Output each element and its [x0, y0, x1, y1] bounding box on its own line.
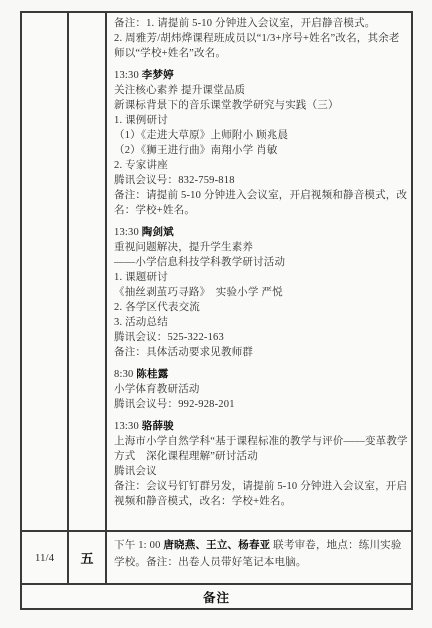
- person-name: 陶剑斌: [142, 227, 174, 238]
- schedule-line: 8:30 陈桂露: [114, 367, 406, 382]
- schedule-text: 名：学校+姓名。: [114, 205, 195, 216]
- schedule-text: 1. 课题研讨: [114, 272, 168, 283]
- schedule-line: 2. 周雅芳/胡炜烨课程班成员以“1/3+序号+姓名”改名，其余老: [114, 31, 406, 46]
- schedule-text: 备注：具体活动要求见教师群: [114, 347, 253, 358]
- schedule-line: 方式 深化课程理解”研讨活动: [114, 449, 406, 464]
- schedule-text: 方式 深化课程理解”研讨活动: [114, 451, 258, 462]
- schedule-line: 腾讯会议：525-322-163: [114, 330, 406, 345]
- schedule-line: 重视问题解决，提升学生素养: [114, 240, 406, 255]
- blank-line: [114, 360, 406, 367]
- schedule-text: ——小学信息科技学科教学研讨活动: [114, 257, 285, 268]
- schedule-text: 重视问题解决，提升学生素养: [114, 242, 253, 253]
- schedule-text: 《抽丝剥茧巧寻路》 实验小学 严悦: [114, 287, 283, 298]
- schedule-text: 下午 1: 00: [114, 540, 163, 551]
- blank-line: [114, 218, 406, 225]
- table-footer-row: 备注: [22, 583, 411, 608]
- schedule-line: 腾讯会议: [114, 464, 406, 479]
- blank-line: [114, 61, 406, 68]
- schedule-text: 腾讯会议号：992-928-201: [114, 399, 235, 410]
- document-page: 备注：1. 请提前 5-10 分钟进入会议室，开启静音模式。2. 周雅芳/胡炜烨…: [0, 0, 432, 628]
- schedule-text: 腾讯会议：525-322-163: [114, 332, 224, 343]
- schedule-text: 备注：1. 请提前 5-10 分钟进入会议室，开启静音模式。: [114, 18, 376, 29]
- schedule-text: 上海市小学自然学科“基于课程标准的教学与评价——变革教学: [114, 436, 408, 447]
- date-cell: 11/4: [22, 532, 69, 583]
- schedule-line: 关注核心素养 提升课堂品质: [114, 83, 406, 98]
- schedule-text: 1. 课例研讨: [114, 115, 168, 126]
- schedule-text: 腾讯会议号：832-759-818: [114, 175, 235, 186]
- schedule-text: 备注：会议号钉钉群另发，请提前 5-10 分钟进入会议室，开启: [114, 481, 407, 492]
- schedule-table: 备注：1. 请提前 5-10 分钟进入会议室，开启静音模式。2. 周雅芳/胡炜烨…: [20, 11, 413, 610]
- schedule-text: 13:30: [114, 421, 142, 432]
- schedule-line: 备注：具体活动要求见教师群: [114, 345, 406, 360]
- schedule-content-cell: 备注：1. 请提前 5-10 分钟进入会议室，开启静音模式。2. 周雅芳/胡炜烨…: [107, 13, 411, 530]
- schedule-text: 师以“学校+姓名”改名。: [114, 48, 226, 59]
- schedule-text: 腾讯会议: [114, 466, 157, 477]
- table-row-nov4: 11/4 五 下午 1: 00 唐晓燕、王立、杨春亚 联考审卷，地点：练川实验学…: [22, 530, 411, 583]
- schedule-text: （2）《狮王进行曲》南翔小学 肖敏: [114, 145, 278, 156]
- schedule-line: ——小学信息科技学科教学研讨活动: [114, 255, 406, 270]
- schedule-text: （1）《走进大草原》上师附小 顾兆晨: [114, 130, 288, 141]
- schedule-text: 备注：请提前 5-10 分钟进入会议室，开启视频和静音模式，改: [114, 190, 407, 201]
- schedule-line: 备注：会议号钉钉群另发，请提前 5-10 分钟进入会议室，开启: [114, 479, 406, 494]
- schedule-line: 《抽丝剥茧巧寻路》 实验小学 严悦: [114, 285, 406, 300]
- schedule-text: 小学体育教研活动: [114, 384, 200, 395]
- schedule-text: 新课标背景下的音乐课堂教学研究与实践（三）: [114, 100, 339, 111]
- schedule-line: 上海市小学自然学科“基于课程标准的教学与评价——变革教学: [114, 434, 406, 449]
- person-name: 李梦婷: [142, 70, 174, 81]
- schedule-text: 2. 专家讲座: [114, 160, 168, 171]
- schedule-line: 1. 课题研讨: [114, 270, 406, 285]
- date-cell-empty: [22, 13, 69, 530]
- schedule-line: 新课标背景下的音乐课堂教学研究与实践（三）: [114, 98, 406, 113]
- weekday-cell: 五: [69, 532, 107, 583]
- person-name: 唐晓燕、王立、杨春亚: [163, 540, 270, 551]
- schedule-line: 备注：请提前 5-10 分钟进入会议室，开启视频和静音模式，改: [114, 188, 406, 203]
- schedule-line: 名：学校+姓名。: [114, 203, 406, 218]
- schedule-line: 小学体育教研活动: [114, 382, 406, 397]
- weekday-cell-empty: [69, 13, 107, 530]
- person-name: 陈桂露: [136, 369, 168, 380]
- schedule-text: 3. 活动总结: [114, 317, 168, 328]
- table-row-continued: 备注：1. 请提前 5-10 分钟进入会议室，开启静音模式。2. 周雅芳/胡炜烨…: [22, 13, 411, 530]
- schedule-line: 2. 专家讲座: [114, 158, 406, 173]
- footer-remarks-label: 备注: [22, 585, 411, 608]
- schedule-text: 13:30: [114, 70, 142, 81]
- schedule-line: 腾讯会议号：832-759-818: [114, 173, 406, 188]
- person-name: 骆薛骏: [142, 421, 174, 432]
- schedule-line: 13:30 骆薛骏: [114, 419, 406, 434]
- schedule-line: 2. 各学区代表交流: [114, 300, 406, 315]
- blank-line: [114, 412, 406, 419]
- schedule-line: 3. 活动总结: [114, 315, 406, 330]
- schedule-text: 2. 周雅芳/胡炜烨课程班成员以“1/3+序号+姓名”改名，其余老: [114, 33, 400, 44]
- schedule-text: 关注核心素养 提升课堂品质: [114, 85, 245, 96]
- schedule-line: 13:30 李梦婷: [114, 68, 406, 83]
- schedule-line: 师以“学校+姓名”改名。: [114, 46, 406, 61]
- schedule-line: （1）《走进大草原》上师附小 顾兆晨: [114, 128, 406, 143]
- schedule-line: 备注：1. 请提前 5-10 分钟进入会议室，开启静音模式。: [114, 16, 406, 31]
- schedule-text: 2. 各学区代表交流: [114, 302, 200, 313]
- schedule-line: 13:30 陶剑斌: [114, 225, 406, 240]
- schedule-line: 视频和静音模式，改名：学校+姓名。: [114, 494, 406, 509]
- schedule-content-cell-nov4: 下午 1: 00 唐晓燕、王立、杨春亚 联考审卷，地点：练川实验学校。备注：出卷…: [107, 532, 411, 583]
- schedule-text: 13:30: [114, 227, 142, 238]
- schedule-line: 1. 课例研讨: [114, 113, 406, 128]
- schedule-line: 腾讯会议号：992-928-201: [114, 397, 406, 412]
- schedule-text: 视频和静音模式，改名：学校+姓名。: [114, 496, 291, 507]
- schedule-line: （2）《狮王进行曲》南翔小学 肖敏: [114, 143, 406, 158]
- schedule-text: 8:30: [114, 369, 136, 380]
